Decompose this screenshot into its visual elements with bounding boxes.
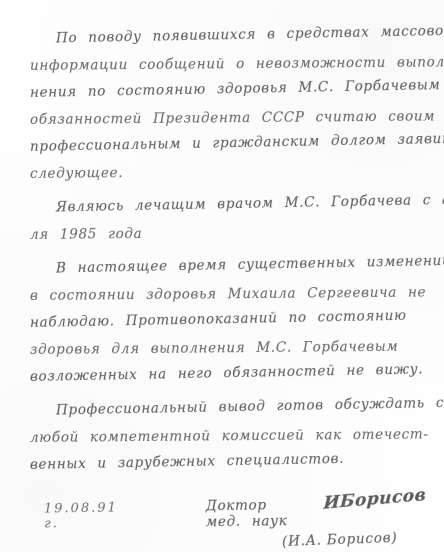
handwritten-document-page: По поводу появившихся в средствах массов… xyxy=(0,0,444,552)
paragraph-4: Профессиональный вывод готов обсуждать с… xyxy=(30,398,426,479)
handwritten-line: По поводу появившихся в средствах массов… xyxy=(30,18,426,53)
handwritten-line: Профессиональный вывод готов обсуждать с xyxy=(30,390,426,425)
handwritten-line: Являюсь лечащим врачом М.С. Горбачева с … xyxy=(30,187,426,222)
paragraph-1: По поводу появившихся в средствах массов… xyxy=(30,26,426,188)
handwritten-line: В настоящее время существенных изменений xyxy=(30,248,426,283)
date: 19.08.91 г. xyxy=(44,501,118,532)
handwritten-line: следующее. xyxy=(30,158,426,188)
signature-name: (И.А. Борисов) xyxy=(282,529,426,550)
paragraph-2: Являюсь лечащим врачом М.С. Горбачева с … xyxy=(30,195,426,249)
signature-scrawl: ИБорисов xyxy=(323,485,427,514)
paragraph-3: В настоящее время существенных изменений… xyxy=(30,256,426,391)
signature-block: 19.08.91 г. Доктор мед. наук ИБорисов xyxy=(30,492,426,533)
handwritten-line: ля 1985 года xyxy=(30,219,426,249)
signature-title: Доктор мед. наук xyxy=(206,497,310,530)
